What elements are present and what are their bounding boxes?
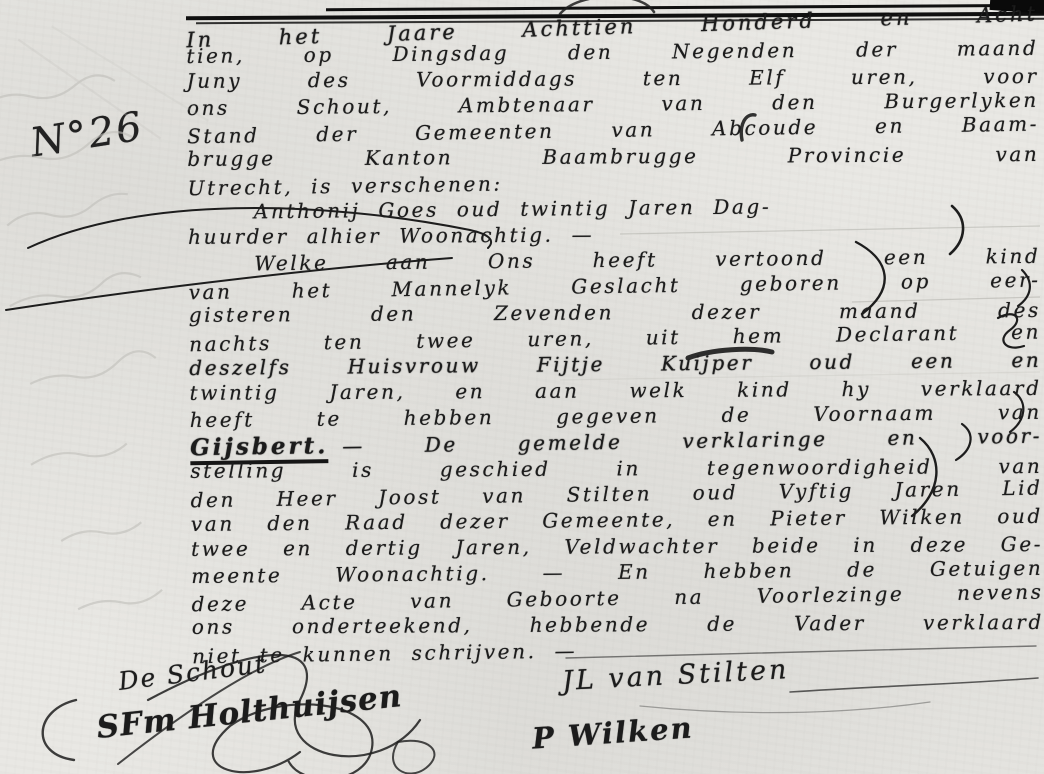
act-number: N°26 [27,103,147,166]
text-line: twee en dertig Jaren, Veldwachter beide … [191,531,1043,562]
text-line: huurder alhier Woonachtig. — [188,219,1040,250]
clerk-signature-paren [43,700,76,760]
witness2-signature: P Wilken [531,710,695,755]
act-text-block: In het Jaare Achttien Honderd en Acht ti… [186,9,1044,667]
witness1-flourish-line [790,678,1038,692]
clerk-signature-loop-small [393,741,434,774]
scanned-document-page: N°26 In het Jaare Achttien Honderd en Ac… [0,0,1044,774]
text-line: twintig Jaren, en aan welk kind hy verkl… [190,375,1042,406]
text-line: Juny des Voormiddags ten Elf uren, voor [187,63,1039,94]
